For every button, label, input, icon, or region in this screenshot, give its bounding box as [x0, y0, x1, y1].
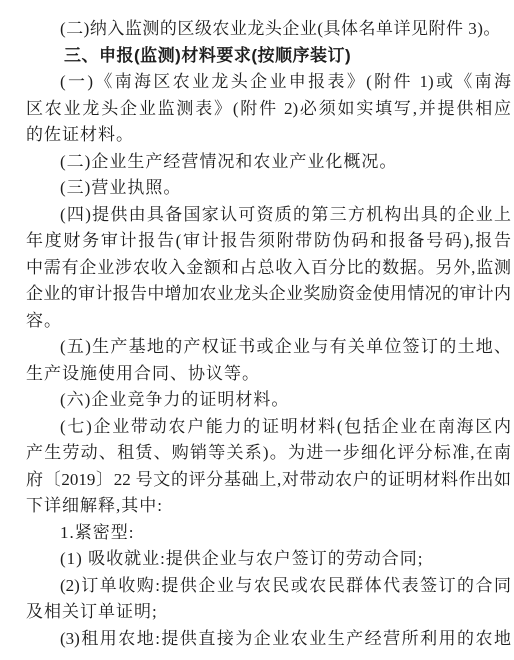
item-6-competitiveness: (六)企业竞争力的证明材料。: [26, 387, 511, 414]
item-5-end: 生产设施使用合同、协议等。: [26, 361, 511, 388]
item-1-end: 的佐证材料。: [26, 122, 511, 149]
item-2-monitored-enterprises: (二)纳入监测的区级农业龙头企业(具体名单详见附件 3)。: [26, 16, 511, 43]
item-3-business-license: (三)营业执照。: [26, 175, 511, 202]
item-4-end: 容。: [26, 308, 511, 335]
subitem-3-farmland-lease: (3)租用农地:提供直接为企业农业生产经营所利用的农地: [26, 626, 511, 653]
item-1-continuation: 区农业龙头企业监测表》(附件 2)必须如实填写,并提供相应: [26, 96, 511, 123]
item-7-end: 下详细解释,其中:: [26, 493, 511, 520]
item-4-continuation-2: 中需有企业涉农收入金额和占总收入百分比的数据。另外,监测: [26, 255, 511, 282]
subitem-2-end: 及相关订单证明;: [26, 599, 511, 626]
document-page: (二)纳入监测的区级农业龙头企业(具体名单详见附件 3)。 三、申报(监测)材料…: [0, 0, 514, 660]
item-7-farmer-driving: (七)企业带动农户能力的证明材料(包括企业在南海区内: [26, 414, 511, 441]
type-1-close-knit: 1.紧密型:: [26, 520, 511, 547]
subitem-2-order-purchase: (2)订单收购:提供企业与农民或农民群体代表签订的合同: [26, 573, 511, 600]
item-4-audit-report: (四)提供由具备国家认可资质的第三方机构出具的企业上: [26, 202, 511, 229]
item-4-continuation-1: 年度财务审计报告(审计报告须附带防伪码和报备号码),报告: [26, 228, 511, 255]
item-7-continuation-2: 府〔2019〕22 号文的评分基础上,对带动农户的证明材料作出如: [26, 467, 511, 494]
item-7-continuation-1: 产生劳动、租赁、购销等关系)。为进一步细化评分标准,在南: [26, 440, 511, 467]
item-5-property-certificates: (五)生产基地的产权证书或企业与有关单位签订的土地、: [26, 334, 511, 361]
item-2-business-overview: (二)企业生产经营情况和农业产业化概况。: [26, 149, 511, 176]
item-4-continuation-3: 企业的审计报告中增加农业龙头企业奖励资金使用情况的审计内: [26, 281, 511, 308]
subitem-1-employment: (1) 吸收就业:提供企业与农户签订的劳动合同;: [26, 546, 511, 573]
item-1-application-form: (一)《南海区农业龙头企业申报表》(附件 1)或《南海: [26, 69, 511, 96]
section-heading-materials: 三、申报(监测)材料要求(按顺序装订): [26, 43, 511, 70]
